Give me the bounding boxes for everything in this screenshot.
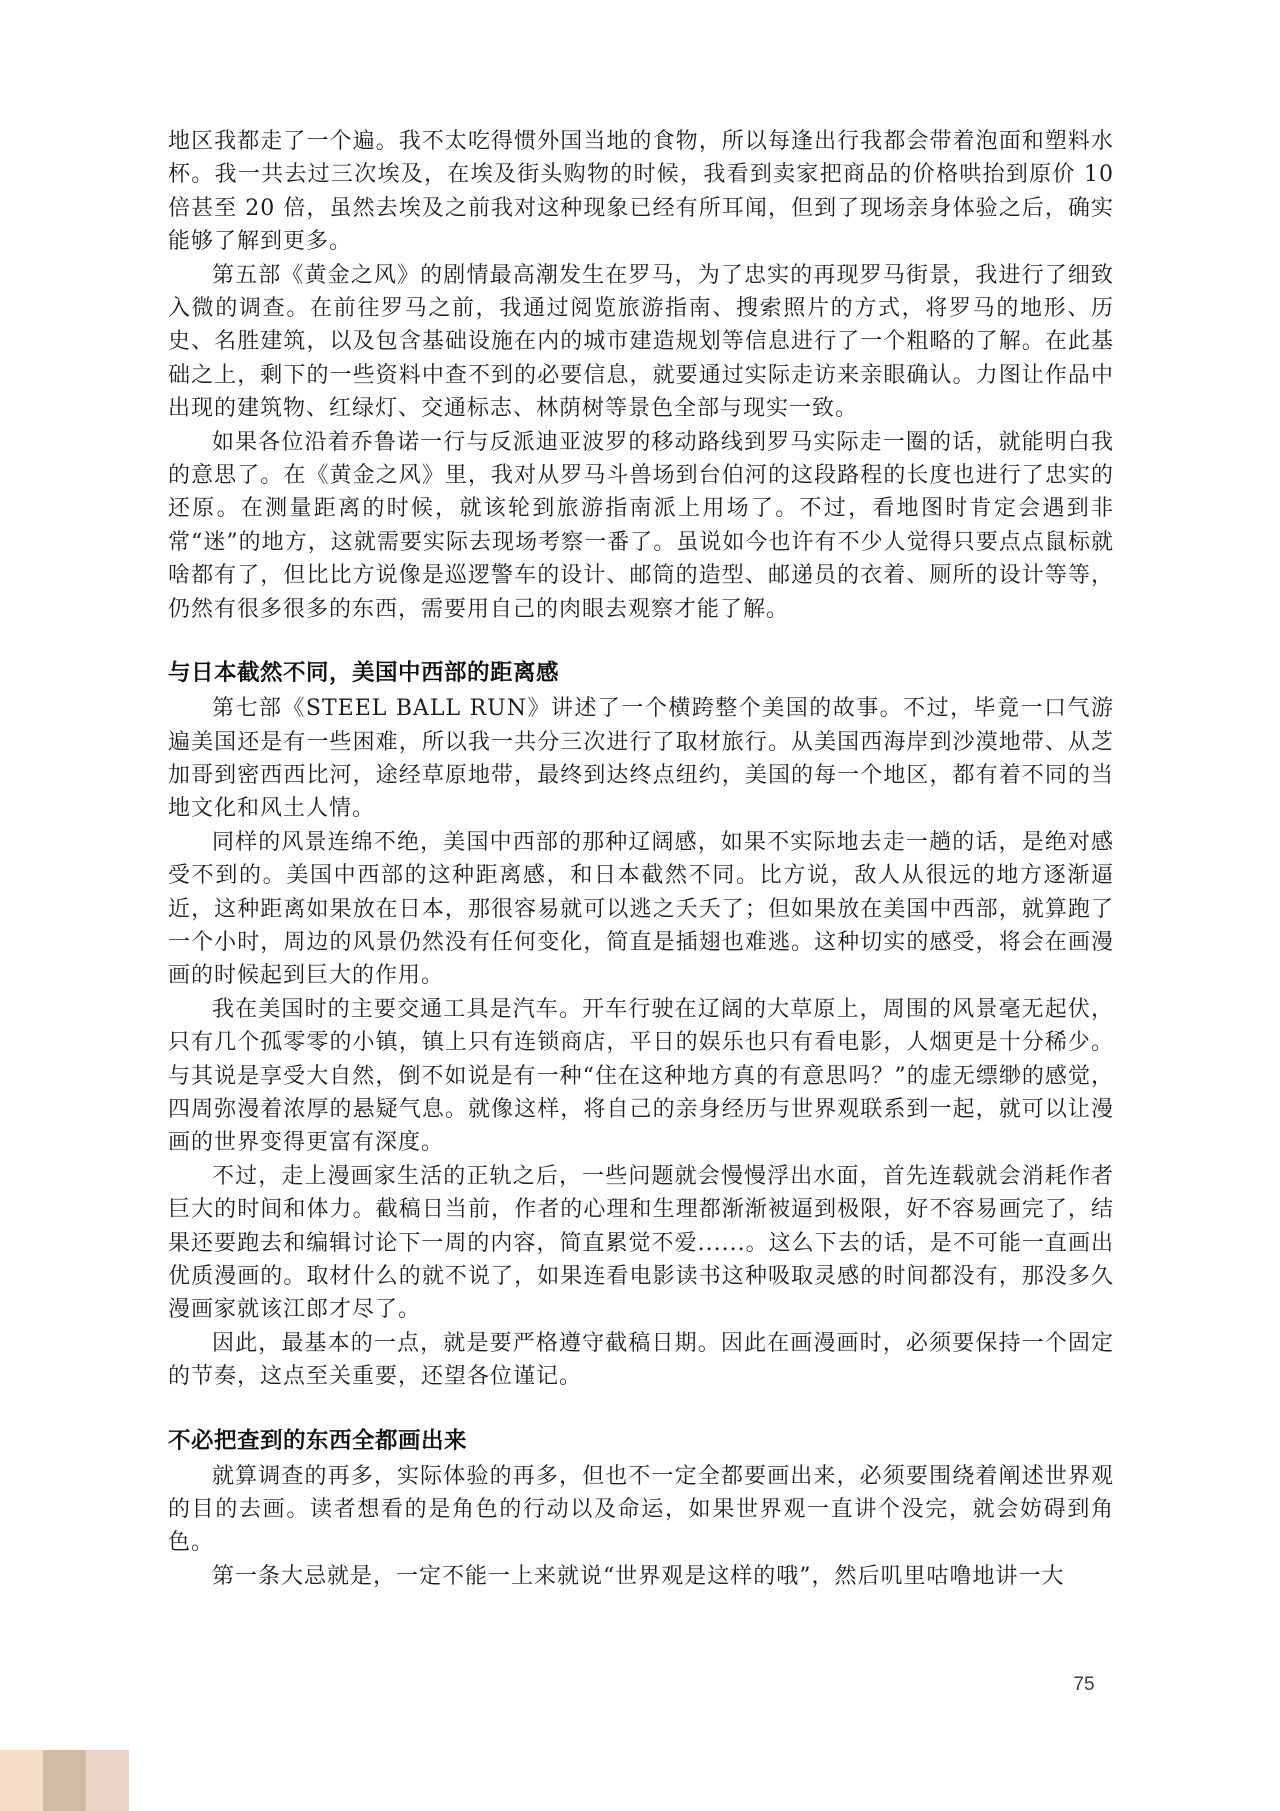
paragraph: 同样的风景连绵不绝，美国中西部的那种辽阔感，如果不实际地去走一趟的话，是绝对感受… xyxy=(168,826,1114,993)
paragraph: 第七部《STEEL BALL RUN》讲述了一个横跨整个美国的故事。不过，毕竟一… xyxy=(168,692,1114,826)
swatch-pink xyxy=(86,1750,129,1811)
page-number: 75 xyxy=(1064,1674,1104,1696)
paragraph: 第五部《黄金之风》的剧情最高潮发生在罗马，为了忠实的再现罗马街景，我进行了细致入… xyxy=(168,259,1114,426)
swatch-tan xyxy=(43,1750,86,1811)
swatch-peach xyxy=(0,1750,43,1811)
section-heading-no-need-draw-everything: 不必把查到的东西全都画出来 xyxy=(168,1424,1114,1458)
paragraph: 就算调查的再多，实际体验的再多，但也不一定全都要画出来，必须要围绕着阐述世界观的… xyxy=(168,1460,1114,1560)
paragraph: 地区我都走了一个遍。我不太吃得惯外国当地的食物，所以每逢出行我都会带着泡面和塑料… xyxy=(168,125,1114,259)
footer-color-swatches xyxy=(0,1750,129,1811)
paragraph: 因此，最基本的一点，就是要严格遵守截稿日期。因此在画漫画时，必须要保持一个固定的… xyxy=(168,1327,1114,1394)
paragraph: 我在美国时的主要交通工具是汽车。开车行驶在辽阔的大草原上，周围的风景毫无起伏，只… xyxy=(168,993,1114,1160)
article-body: 地区我都走了一个遍。我不太吃得惯外国当地的食物，所以每逢出行我都会带着泡面和塑料… xyxy=(168,125,1114,1593)
document-page: 地区我都走了一个遍。我不太吃得惯外国当地的食物，所以每逢出行我都会带着泡面和塑料… xyxy=(0,0,1280,1811)
paragraph: 不过，走上漫画家生活的正轨之后，一些问题就会慢慢浮出水面，首先连载就会消耗作者巨… xyxy=(168,1160,1114,1327)
paragraph: 如果各位沿着乔鲁诺一行与反派迪亚波罗的移动路线到罗马实际走一圈的话，就能明白我的… xyxy=(168,426,1114,626)
section-heading-us-midwest: 与日本截然不同，美国中西部的距离感 xyxy=(168,656,1114,690)
paragraph: 第一条大忌就是，一定不能一上来就说“世界观是这样的哦”，然后叽里咕噜地讲一大 xyxy=(168,1560,1114,1593)
